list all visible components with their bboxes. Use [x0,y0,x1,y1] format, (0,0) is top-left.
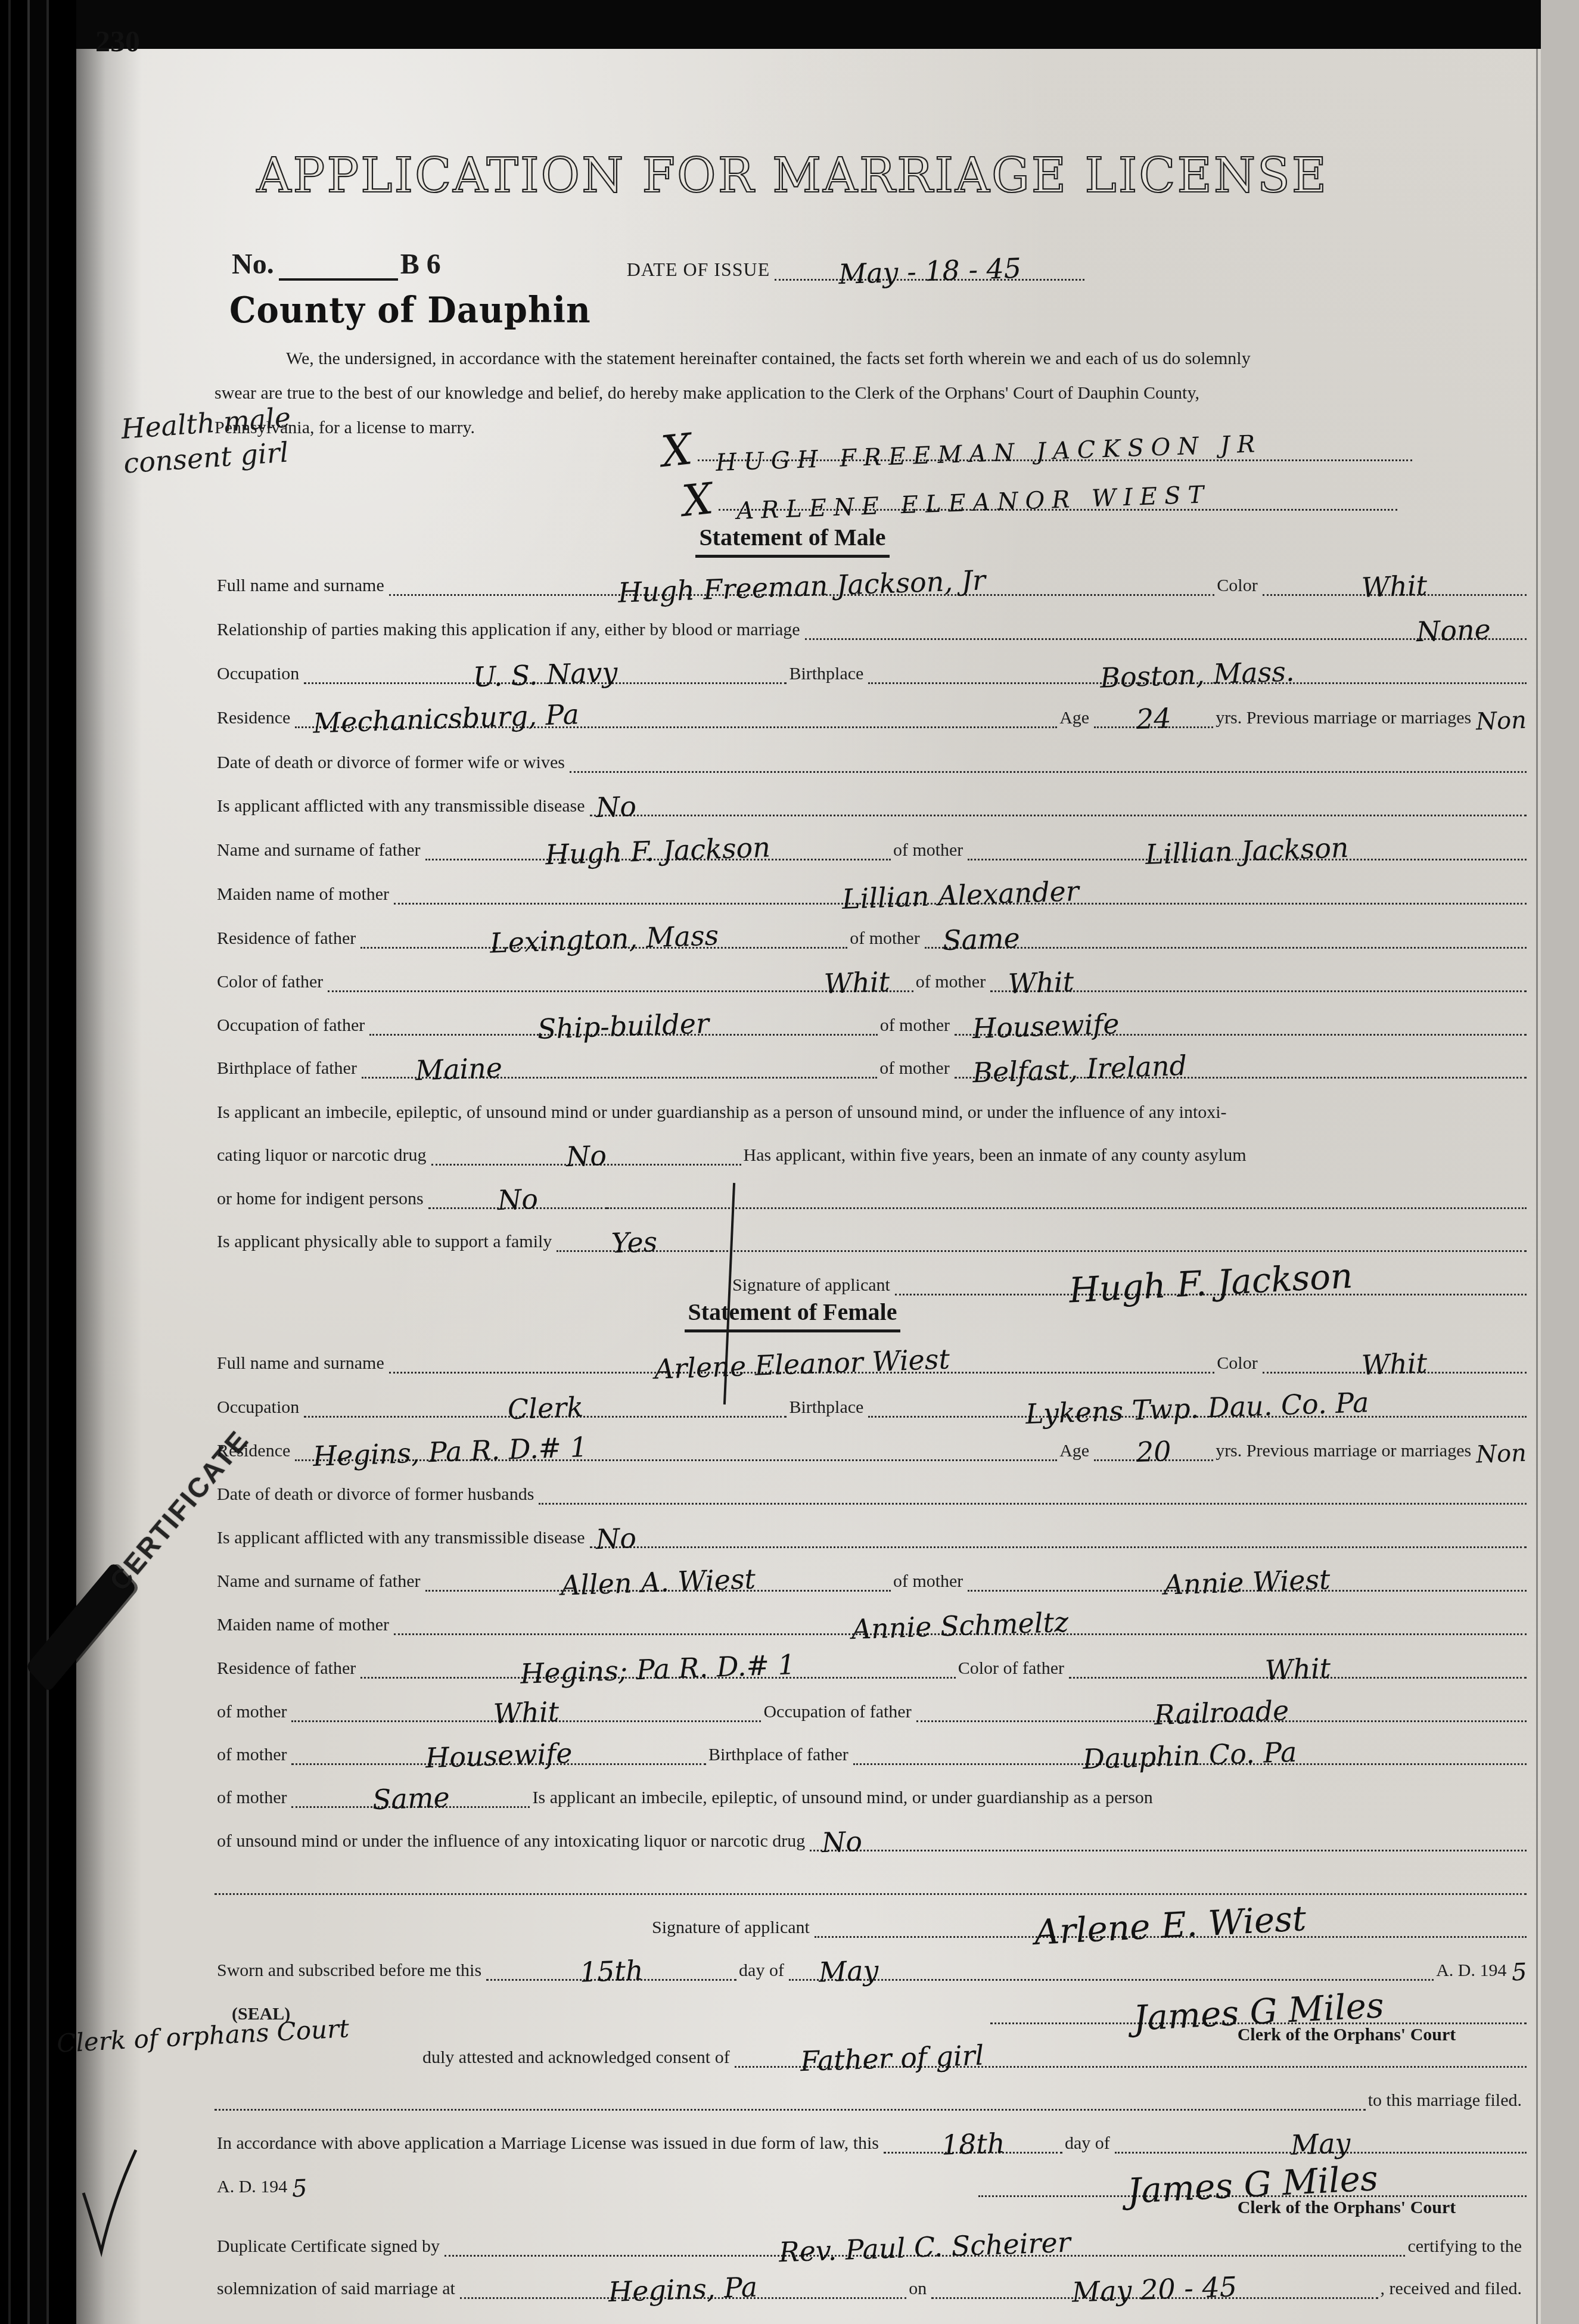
female-father-residence-field: Hegins; Pa R. D.# 1 [360,1649,955,1679]
female-imbecile-answer-field: No [810,1822,1527,1851]
date-of-issue-value: May - 18 - 45 [838,256,1021,287]
date-of-issue-field: May - 18 - 45 [775,251,1084,281]
duplicate-certificate-row: Duplicate Certificate signed by Rev. Pau… [215,2226,1527,2257]
female-father-birthplace-field: Dauphin Co. Pa [853,1736,1527,1765]
page-number: 230 [95,24,140,58]
field-label: on [906,2279,931,2300]
male-father-birthplace-field: Maine [362,1049,877,1079]
male-mother-occupation-field: Housewife [955,1006,1527,1036]
female-disease: No [595,1525,636,1552]
field-label: Birthplace [787,664,868,685]
field-label: Occupation [215,664,304,685]
field-label: Occupation [215,1397,304,1418]
no-label: No. [229,248,279,281]
solemnization-place-field: Hegins, Pa [460,2270,906,2299]
field-label: A. D. 194 [215,2177,292,2198]
sworn-day-field: 15th [486,1952,736,1981]
field-label: Name and surname of father [215,840,425,861]
female-color-field: Whit [1263,1344,1527,1374]
male-father-color: Whit [823,970,890,996]
dotted-rule [607,1180,1527,1209]
field-label: of unsound mind or under the influence o… [215,1831,810,1852]
male-color: Whit [1362,573,1428,600]
female-father-color-field: Whit [1069,1649,1527,1679]
field-label: In accordance with above application a M… [215,2133,884,2154]
male-color-of-father-row: Color of father Whit of mother Whit [215,961,1527,992]
female-mother-birthplace-row: of mother Same Is applicant an imbecile,… [215,1777,1527,1808]
book-binding-edge [0,0,76,2324]
female-residence: Hegins, Pa R. D.# 1 [313,1435,588,1469]
male-support-answer: Yes [611,1229,658,1256]
statement-text: Is applicant an imbecile, epileptic, of … [530,1788,1157,1809]
male-top-signature-row: X HUGH FREEMAN JACKSON JR [661,430,1412,461]
dotted-rule [711,1223,1527,1252]
female-former-husband-field [539,1475,1527,1505]
female-age-field: 20 [1094,1432,1213,1461]
female-top-signature-row: X ARLENE ELEANOR WIEST [682,480,1397,511]
female-top-signature-field: ARLENE ELEANOR WIEST [719,481,1397,511]
male-imbecile-line2: cating liquor or narcotic drug No Has ap… [215,1135,1527,1166]
male-mother-color: Whit [1008,970,1074,996]
field-label: Full name and surname [215,1353,389,1374]
female-father: Allen A. Wiest [560,1567,756,1598]
field-label: Signature of applicant [730,1275,895,1296]
field-label: solemnization of said marriage at [215,2279,460,2300]
clerk-signature-field: James G Miles [990,1995,1527,2024]
male-signature-field: Hugh F. Jackson [895,1266,1527,1295]
female-disease-row: Is applicant afflicted with any transmis… [215,1517,1527,1548]
male-occupation-field: U. S. Navy [304,655,787,684]
female-mother: Annie Wiest [1164,1567,1331,1598]
clerk-title-2: Clerk of the Orphans' Court [1216,2198,1478,2218]
field-label: Date of death or divorce of former wife … [215,753,570,773]
male-father-field: Hugh F. Jackson [425,831,891,860]
male-relationship-field: None [805,611,1527,640]
field-label: Sworn and subscribed before me this [215,1961,486,1981]
male-indigent-answer: No [497,1186,538,1213]
male-relationship-row: Relationship of parties making this appl… [215,609,1527,640]
male-indigent-row: or home for indigent persons No [215,1178,1527,1209]
male-prev-marriage: Non [1476,710,1527,733]
field-label: A. D. 194 [1434,1961,1511,1981]
sworn-month-field: May [789,1952,1434,1981]
statement-of-male-heading: Statement of Male [119,523,1466,558]
certificate-stamp: CERTIFICATE [24,1490,274,1740]
field-label: or home for indigent persons [215,1189,428,1210]
male-mother: Lillian Jackson [1145,835,1350,867]
female-age: 20 [1136,1439,1171,1465]
male-mother-color-field: Whit [990,963,1527,992]
female-mother-field: Annie Wiest [968,1562,1527,1592]
male-support-answer-field: Yes [557,1223,711,1252]
x-mark: X [680,479,721,521]
date-of-issue-label: DATE OF ISSUE [624,259,775,281]
solemnization-place: Hegins, Pa [608,2275,759,2304]
field-label: Birthplace [787,1397,868,1418]
field-label: Has applicant, within five years, been a… [741,1145,1251,1166]
scan-top-edge [0,0,1579,49]
male-maiden-row: Maiden name of mother Lillian Alexander [215,874,1527,905]
male-residence-row: Residence Mechanicsburg, Pa Age 24 yrs. … [215,697,1527,728]
male-mother-birthplace-field: Belfast, Ireland [955,1049,1527,1079]
field-label: of mother [913,972,990,993]
sworn-month: May [818,1958,879,1985]
male-birthplace: Boston, Mass. [1100,659,1295,691]
male-mother-birthplace: Belfast, Ireland [972,1053,1187,1085]
male-disease-field: No [590,787,1527,816]
male-relationship: None [1416,617,1491,644]
dotted-rule [215,1866,1527,1895]
field-label: to this marriage filed. [1366,2090,1527,2111]
male-mother-residence-field: Same [925,919,1527,949]
statement-text: Is applicant an imbecile, epileptic, of … [215,1102,1232,1123]
consent-of-field: Father of girl [735,2039,1527,2068]
female-father-residence-row: Residence of father Hegins; Pa R. D.# 1 … [215,1648,1527,1679]
male-imbecile-answer-field: No [431,1136,741,1166]
field-label: Full name and surname [215,576,389,596]
field-label: Color [1214,576,1262,596]
issued-day: 18th [941,2131,1005,2158]
preamble-line-2: swear are true to the best of our knowle… [215,383,1534,403]
male-residence-field: Mechanicsburg, Pa [295,699,1057,728]
gutter-shadow [76,49,142,2324]
field-label: Duplicate Certificate signed by [215,2236,445,2257]
male-father-residence-field: Lexington, Mass [360,919,847,949]
field-label: Relationship of parties making this appl… [215,620,805,641]
blank-dotted-row [215,1864,1527,1895]
male-full-name-field: Hugh Freeman Jackson, Jr [389,567,1215,596]
field-label: yrs. Previous marriage or marriages [1213,1441,1476,1462]
field-label: of mother [891,1571,968,1592]
female-father-field: Allen A. Wiest [425,1562,891,1592]
female-father-birthplace: Dauphin Co. Pa [1082,1739,1297,1772]
female-residence-field: Hegins, Pa R. D.# 1 [295,1432,1057,1461]
male-imbecile-answer: No [565,1143,607,1169]
field-label: day of [1062,2133,1115,2154]
field-label: Age [1057,1441,1094,1462]
male-father-row: Name and surname of father Hugh F. Jacks… [215,829,1527,860]
field-label: Is applicant physically able to support … [215,1232,557,1253]
document-title: APPLICATION FOR MARRIAGE LICENSE [119,148,1466,203]
female-signature-row: Signature of applicant Arlene E. Wiest [649,1907,1527,1938]
preamble-line-1: We, the undersigned, in accordance with … [215,349,1579,369]
solemnization-row: solemnization of said marriage at Hegins… [215,2268,1527,2299]
field-label: Color of father [215,972,328,993]
male-maiden-name: Lillian Alexander [841,879,1079,912]
statement-of-female-heading: Statement of Female [119,1298,1466,1332]
male-former-wife-row: Date of death or divorce of former wife … [215,742,1527,773]
spacer [295,1997,990,2024]
field-label: of mother [215,1788,291,1809]
solemnization-date: May 20 - 45 [1072,2275,1238,2305]
field-label: Residence [215,708,295,729]
male-mother-occupation: Housewife [972,1011,1120,1041]
field-label: Birthplace of father [215,1058,362,1079]
female-father-color: Whit [1264,1656,1331,1683]
issued-day-field: 18th [884,2124,1062,2154]
female-mother-color-row: of mother Whit Occupation of father Rail… [215,1691,1527,1722]
marriage-filed-row: to this marriage filed. [215,2080,1527,2111]
male-full-name-row: Full name and surname Hugh Freeman Jacks… [215,565,1527,596]
male-father-occupation: Ship-builder [537,1011,710,1042]
female-full-name-field: Arlene Eleanor Wiest [389,1344,1215,1374]
field-label: cating liquor or narcotic drug [215,1145,431,1166]
field-label: of mother [847,928,924,949]
female-occupation-row: Occupation Clerk Birthplace Lykens Twp. … [215,1387,1527,1418]
male-top-signature-field: HUGH FREEMAN JACKSON JR [698,432,1412,461]
attested-consent-row: duly attested and acknowledged consent o… [420,2037,1527,2068]
male-residence: Mechanicsburg, Pa [313,702,580,736]
ad-year-signature-row: A. D. 194 5 James G Miles [215,2166,1527,2197]
female-former-husband-row: Date of death or divorce of former husba… [215,1474,1527,1505]
duplicate-signer-field: Rev. Paul C. Scheirer [445,2227,1405,2257]
female-mother-occupation-row: of mother Housewife Birthplace of father… [215,1734,1527,1765]
female-father-occupation: Railroade [1154,1698,1289,1728]
male-mother-field: Lillian Jackson [968,831,1527,860]
field-label: Maiden name of mother [215,884,394,905]
margin-annotation: Health male consent girl [120,400,294,481]
male-indigent-answer-field: No [428,1180,607,1209]
seal-row: (SEAL) James G Miles [229,1993,1527,2024]
female-imbecile-row: of unsound mind or under the influence o… [215,1820,1527,1851]
male-support-row: Is applicant physically able to support … [215,1221,1527,1252]
field-label: Birthplace of father [706,1745,853,1766]
dotted-rule [215,2081,1366,2111]
field-label: , received and filed. [1378,2279,1527,2300]
female-imbecile-answer: No [822,1829,863,1855]
spacer [446,253,624,281]
male-father-residence-row: Residence of father Lexington, Mass of m… [215,918,1527,949]
x-mark: X [660,429,700,471]
field-label: Color [1214,1353,1262,1374]
female-disease-field: No [590,1519,1527,1548]
license-issued-row: In accordance with above application a M… [215,2123,1527,2154]
male-father: Hugh F. Jackson [545,835,771,868]
female-father-occupation-field: Railroade [916,1693,1527,1722]
male-father-residence: Lexington, Mass [489,923,719,956]
female-occupation-field: Clerk [304,1388,787,1418]
page-right-crease [1536,49,1538,2324]
female-mother-color-field: Whit [291,1693,761,1722]
field-label: of mother [215,1745,291,1766]
male-father-birthplace-row: Birthplace of father Maine of mother Bel… [215,1048,1527,1079]
spacer [307,2170,978,2197]
female-mother-birthplace: Same [372,1785,450,1812]
male-imbecile-line1: Is applicant an imbecile, epileptic, of … [215,1092,1527,1123]
field-label: Occupation of father [215,1015,369,1036]
consent-of-value: Father of girl [800,2043,984,2074]
solemnization-date-field: May 20 - 45 [931,2270,1378,2299]
female-residence-row: Residence Hegins, Pa R. D.# 1 Age 20 yrs… [215,1430,1527,1461]
male-color-field: Whit [1263,567,1527,596]
sworn-year-suffix: 5 [1511,1962,1527,1984]
male-birthplace-field: Boston, Mass. [868,655,1527,684]
female-color: Whit [1362,1351,1428,1378]
duplicate-signer: Rev. Paul C. Scheirer [779,2230,1071,2264]
male-disease: No [595,794,636,820]
field-label: of mother [878,1015,955,1036]
female-mother-birthplace-field: Same [291,1779,530,1808]
field-label: yrs. Previous marriage or marriages [1213,708,1476,729]
female-occupation: Clerk [507,1394,583,1422]
female-birthplace-field: Lykens Twp. Dau. Co. Pa [868,1388,1527,1418]
field-label: Signature of applicant [649,1918,815,1938]
female-maiden-field: Annie Schmeltz [394,1606,1527,1635]
field-label: Age [1057,708,1094,729]
male-father-color-field: Whit [328,963,913,992]
male-father-birthplace: Maine [415,1055,502,1083]
field-label: Is applicant afflicted with any transmis… [215,796,590,817]
female-maiden-name: Annie Schmeltz [851,1610,1069,1642]
female-father-row: Name and surname of father Allen A. Wies… [215,1561,1527,1592]
male-occupation-row: Occupation U. S. Navy Birthplace Boston,… [215,653,1527,684]
female-prev-marriage: Non [1476,1443,1527,1466]
scanned-document-page: 230 APPLICATION FOR MARRIAGE LICENSE No.… [0,0,1579,2324]
field-label: duly attested and acknowledged consent o… [420,2048,735,2068]
female-signature-field: Arlene E. Wiest [815,1909,1527,1938]
female-father-residence: Hegins; Pa R. D.# 1 [520,1652,796,1686]
field-label: Occupation of father [761,1702,916,1723]
clerk-signature-field-2: James G Miles [978,2168,1527,2197]
female-full-name-row: Full name and surname Arlene Eleanor Wie… [215,1343,1527,1374]
female-full-name: Arlene Eleanor Wiest [654,1347,950,1382]
license-number-row: No. B 6 DATE OF ISSUE May - 18 - 45 [229,241,1123,281]
no-value: B 6 [398,248,446,281]
female-mother-occupation-field: Housewife [291,1736,705,1765]
male-signature-row: Signature of applicant Hugh F. Jackson [730,1264,1527,1295]
field-label: Residence of father [215,928,360,949]
issued-month-field: May [1115,2124,1527,2154]
female-maiden-row: Maiden name of mother Annie Schmeltz [215,1604,1527,1635]
field-label: Color of father [956,1658,1069,1679]
sworn-row: Sworn and subscribed before me this 15th… [215,1950,1527,1981]
field-label: of mother [877,1058,954,1079]
sworn-day: 15th [579,1958,644,1985]
field-label: of mother [891,840,968,861]
male-occupation: U. S. Navy [473,660,618,689]
female-mother-occupation: Housewife [425,1741,573,1770]
issued-year-suffix: 5 [292,2178,308,2200]
female-mother-color: Whit [493,1699,560,1726]
male-age-field: 24 [1094,699,1213,728]
male-father-occupation-row: Occupation of father Ship-builder of mot… [215,1005,1527,1036]
issued-month: May [1290,2131,1351,2158]
male-disease-row: Is applicant afflicted with any transmis… [215,785,1527,816]
male-mother-residence: Same [942,925,1020,953]
checkmark-annotation [77,2145,143,2261]
field-label: certifying to the [1405,2236,1527,2257]
male-former-wife-field [570,744,1527,773]
male-maiden-field: Lillian Alexander [394,875,1527,905]
male-age: 24 [1136,706,1171,732]
county-heading: County of Dauphin [229,290,591,331]
no-underline [279,251,398,281]
field-label: day of [736,1961,789,1981]
male-father-occupation-field: Ship-builder [369,1006,877,1036]
